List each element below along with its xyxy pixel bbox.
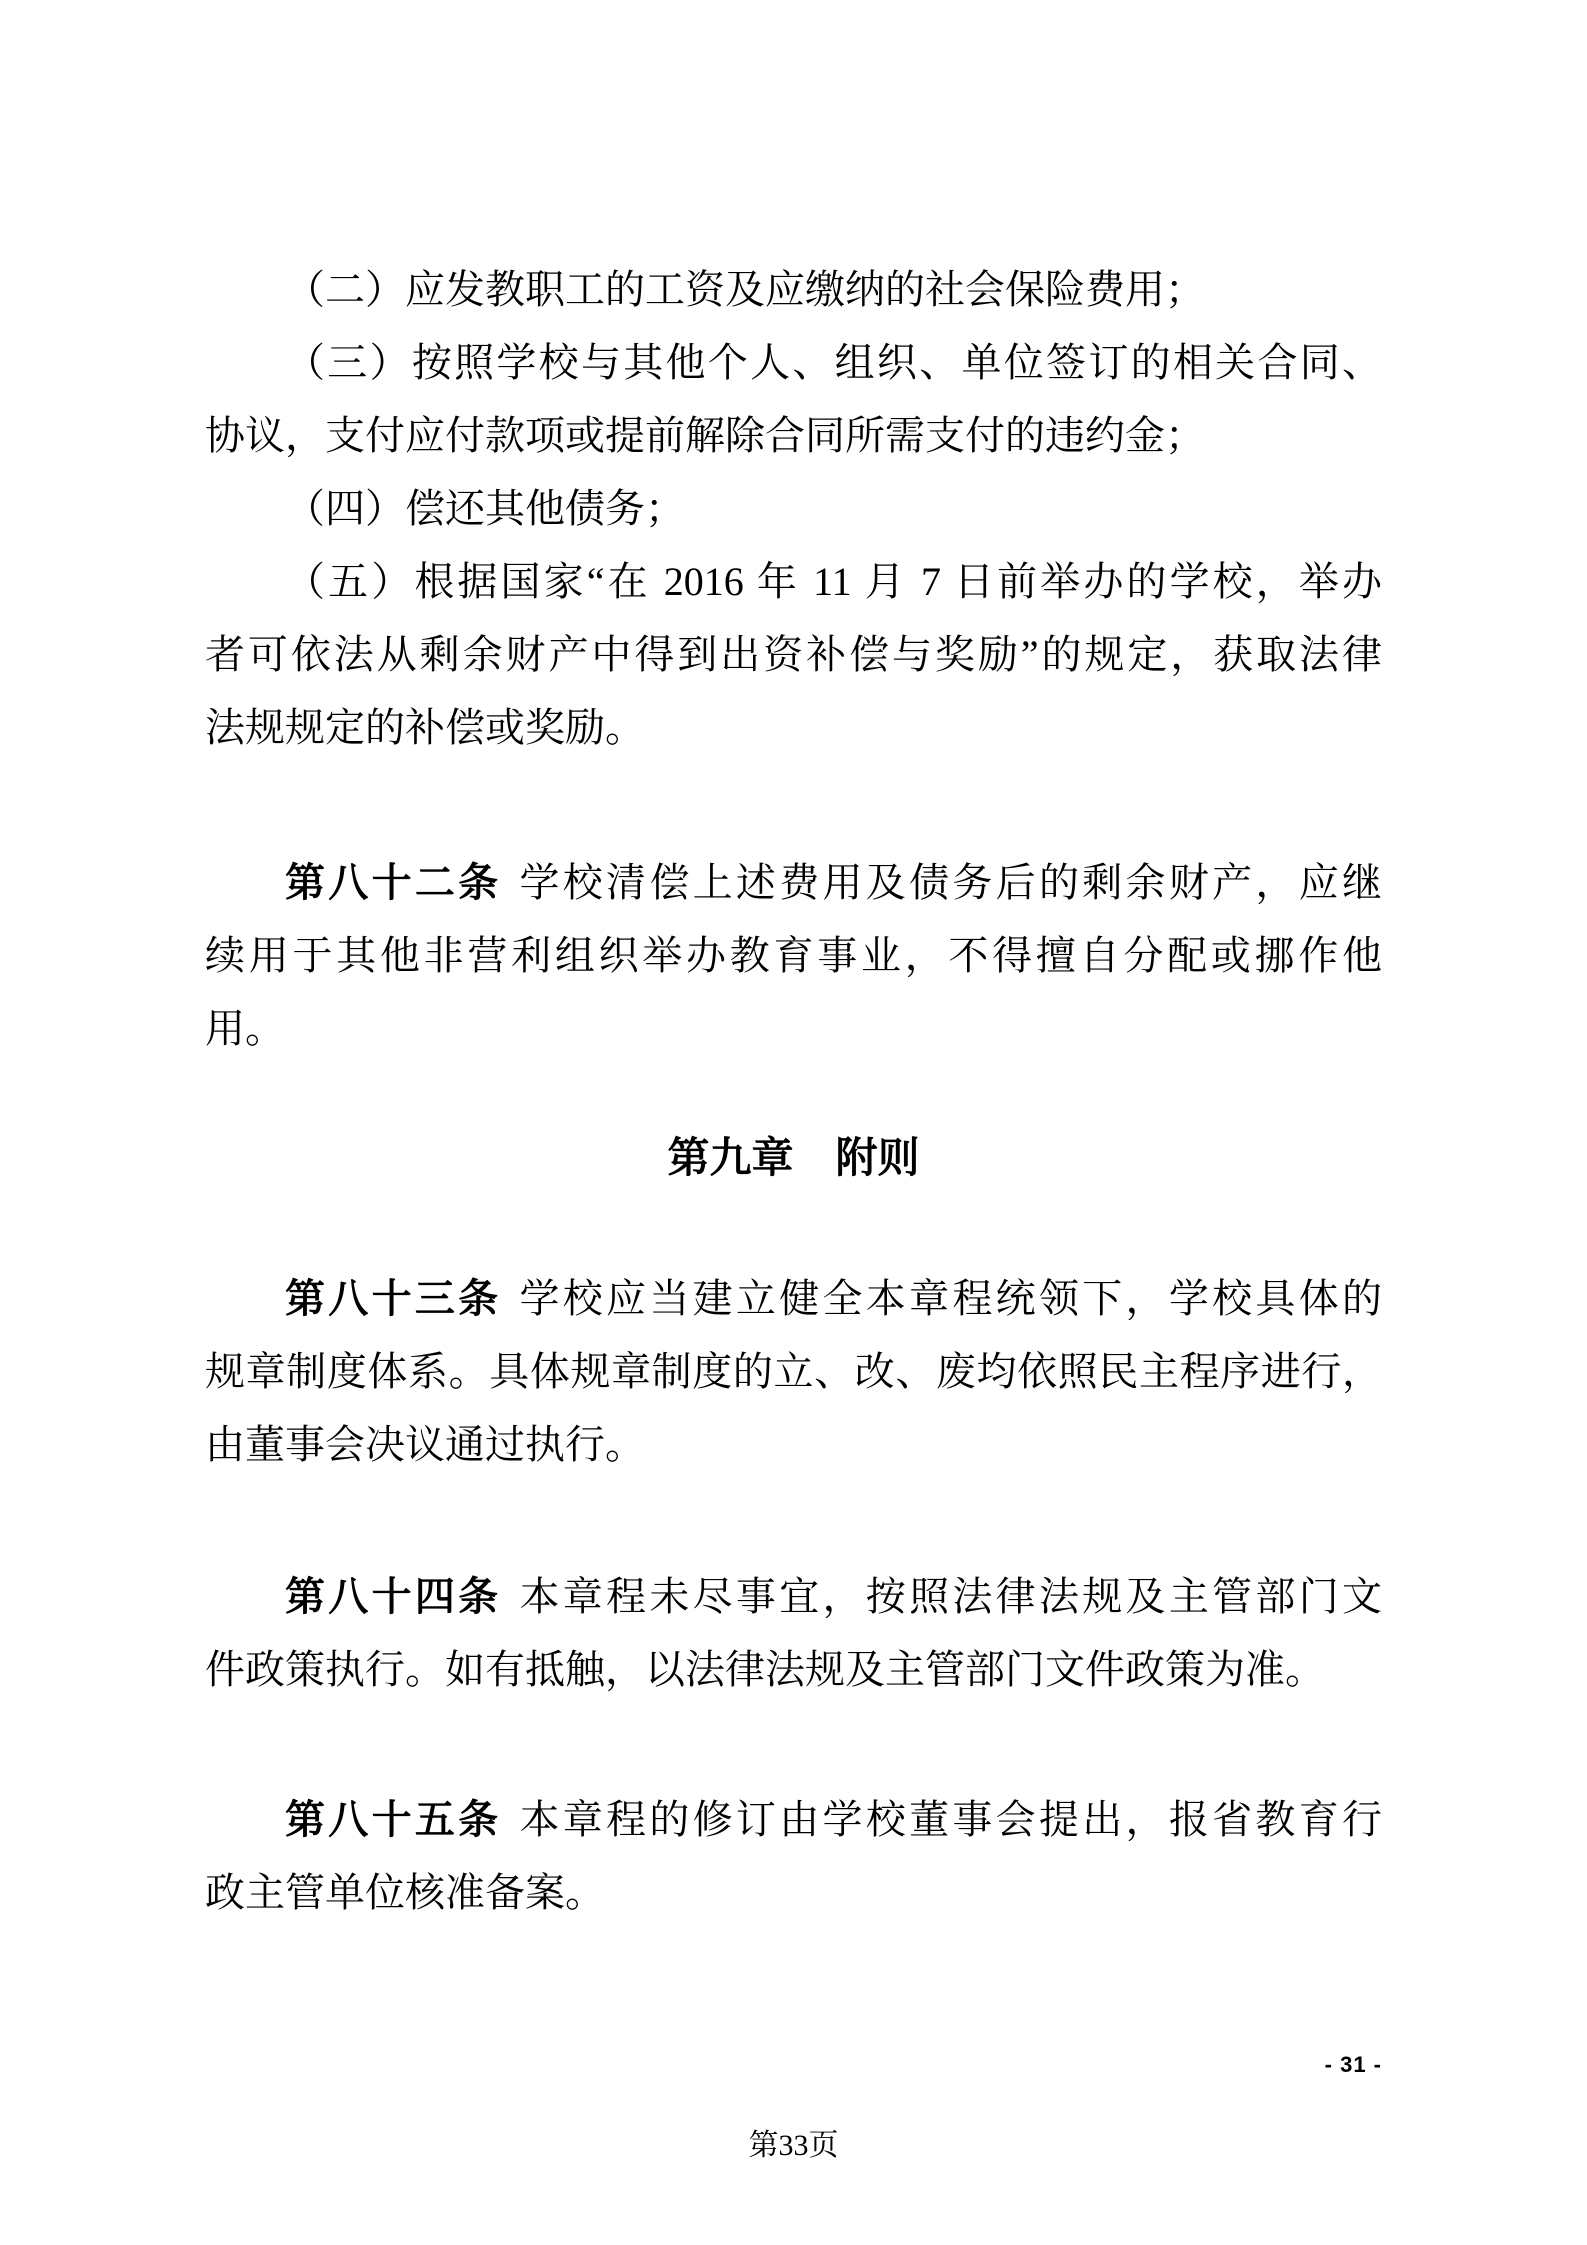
body-line: 者可依法从剩余财产中得到出资补偿与奖励”的规定，获取法律 xyxy=(205,618,1382,691)
body-line: （四）偿还其他债务； xyxy=(205,472,1382,545)
body-line: 协议，支付应付款项或提前解除合同所需支付的违约金； xyxy=(205,399,1382,472)
document-page: （二）应发教职工的工资及应缴纳的社会保险费用； （三）按照学校与其他个人、组织、… xyxy=(0,0,1587,2245)
paragraph-item-4: （四）偿还其他债务； xyxy=(205,472,1382,545)
document-content: （二）应发教职工的工资及应缴纳的社会保险费用； （三）按照学校与其他个人、组织、… xyxy=(205,253,1382,1929)
body-line: 第八十四条本章程未尽事宜，按照法律法规及主管部门文 xyxy=(205,1560,1382,1633)
paragraph-article-83: 第八十三条学校应当建立健全本章程统领下，学校具体的 规章制度体系。具体规章制度的… xyxy=(205,1262,1382,1481)
paragraph-item-3: （三）按照学校与其他个人、组织、单位签订的相关合同、 协议，支付应付款项或提前解… xyxy=(205,326,1382,472)
article-number-label: 第八十五条 xyxy=(285,1797,501,1842)
footer-page-label: 第33页 xyxy=(0,2126,1587,2166)
article-text: 本章程的修订由学校董事会提出，报省教育行 xyxy=(519,1797,1382,1842)
article-text: 本章程未尽事宜，按照法律法规及主管部门文 xyxy=(519,1574,1382,1619)
body-line: 法规规定的补偿或奖励。 xyxy=(205,691,1382,764)
body-line: 由董事会决议通过执行。 xyxy=(205,1408,1382,1481)
body-line: （二）应发教职工的工资及应缴纳的社会保险费用； xyxy=(205,253,1382,326)
chapter-heading: 第九章 附则 xyxy=(205,1121,1382,1194)
body-line: 第八十五条本章程的修订由学校董事会提出，报省教育行 xyxy=(205,1783,1382,1856)
body-line: （三）按照学校与其他个人、组织、单位签订的相关合同、 xyxy=(205,326,1382,399)
paragraph-article-84: 第八十四条本章程未尽事宜，按照法律法规及主管部门文 件政策执行。如有抵触，以法律… xyxy=(205,1560,1382,1706)
body-line: 政主管单位核准备案。 xyxy=(205,1856,1382,1929)
article-text: 学校应当建立健全本章程统领下，学校具体的 xyxy=(519,1276,1382,1321)
body-line: （五）根据国家“在 2016 年 11 月 7 日前举办的学校，举办 xyxy=(205,545,1382,618)
paragraph-item-5: （五）根据国家“在 2016 年 11 月 7 日前举办的学校，举办 者可依法从… xyxy=(205,545,1382,764)
article-text: 学校清偿上述费用及债务后的剩余财产，应继 xyxy=(519,860,1382,905)
body-line: 用。 xyxy=(205,992,1382,1065)
body-line: 续用于其他非营利组织举办教育事业，不得擅自分配或挪作他 xyxy=(205,919,1382,992)
article-number-label: 第八十四条 xyxy=(285,1574,501,1619)
paragraph-article-85: 第八十五条本章程的修订由学校董事会提出，报省教育行 政主管单位核准备案。 xyxy=(205,1783,1382,1929)
body-line: 件政策执行。如有抵触，以法律法规及主管部门文件政策为准。 xyxy=(205,1633,1382,1706)
body-line: 第八十二条学校清偿上述费用及债务后的剩余财产，应继 xyxy=(205,846,1382,919)
side-page-number: - 31 - xyxy=(1325,2048,1382,2082)
article-number-label: 第八十二条 xyxy=(285,860,501,905)
article-number-label: 第八十三条 xyxy=(285,1276,501,1321)
paragraph-item-2: （二）应发教职工的工资及应缴纳的社会保险费用； xyxy=(205,253,1382,326)
body-line: 规章制度体系。具体规章制度的立、改、废均依照民主程序进行， xyxy=(205,1335,1382,1408)
paragraph-article-82: 第八十二条学校清偿上述费用及债务后的剩余财产，应继 续用于其他非营利组织举办教育… xyxy=(205,846,1382,1065)
body-line: 第八十三条学校应当建立健全本章程统领下，学校具体的 xyxy=(205,1262,1382,1335)
